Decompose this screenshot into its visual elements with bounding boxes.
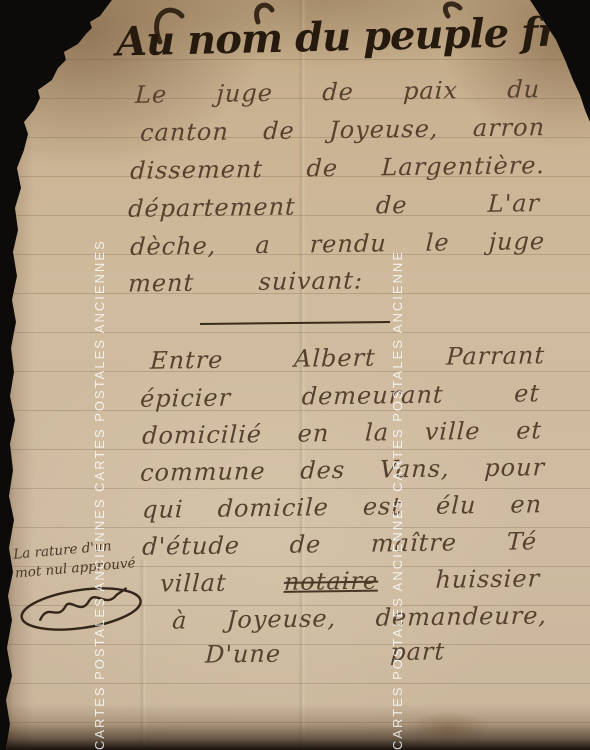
body-line: domicilié en la ville et bbox=[141, 416, 542, 456]
body-line: dèche, a rendu le juge bbox=[129, 227, 545, 267]
separator-rule bbox=[200, 321, 390, 325]
body-line: canton de Joyeuse, arron bbox=[139, 113, 545, 153]
watermark-right-column: CARTES POSTALES ANCIENNES CARTES POSTALE… bbox=[390, 250, 405, 750]
struck-word: notaire bbox=[283, 567, 378, 596]
body-line: ment suivant: bbox=[127, 266, 363, 303]
watermark-left-column: CARTES POSTALES ANCIENNES CARTES POSTALE… bbox=[92, 239, 107, 750]
body-line: qui domicile est élu en bbox=[141, 490, 542, 530]
bottom-fold-shadow bbox=[0, 704, 590, 750]
body-line-post: huissier bbox=[435, 564, 541, 593]
torn-paper-sheet: Au nom du peuple français Le juge de pai… bbox=[0, 0, 590, 750]
scanned-document-photo: Au nom du peuple français Le juge de pai… bbox=[0, 0, 590, 750]
body-line-pre: villat bbox=[160, 569, 228, 598]
body-line: Le juge de paix du bbox=[134, 75, 540, 115]
margin-note: La rature d'un mot nul approuvé bbox=[13, 534, 146, 583]
body-line: Entre Albert Parrant bbox=[149, 341, 545, 381]
body-line: dissement de Largentière. bbox=[129, 151, 545, 191]
body-line-with-strikethrough: villat notaire huissier bbox=[159, 564, 540, 603]
body-line: D'une part bbox=[204, 637, 445, 674]
body-line: commune des Vans, pour bbox=[139, 453, 545, 493]
body-line: département de L'ar bbox=[127, 189, 540, 229]
body-line: épicier demeurant et bbox=[139, 379, 540, 419]
body-line: d'étude de maître Té bbox=[141, 527, 537, 567]
margin-signature-scrawl-icon bbox=[14, 580, 149, 638]
body-line: à Joyeuse, demandeure, bbox=[171, 601, 547, 640]
